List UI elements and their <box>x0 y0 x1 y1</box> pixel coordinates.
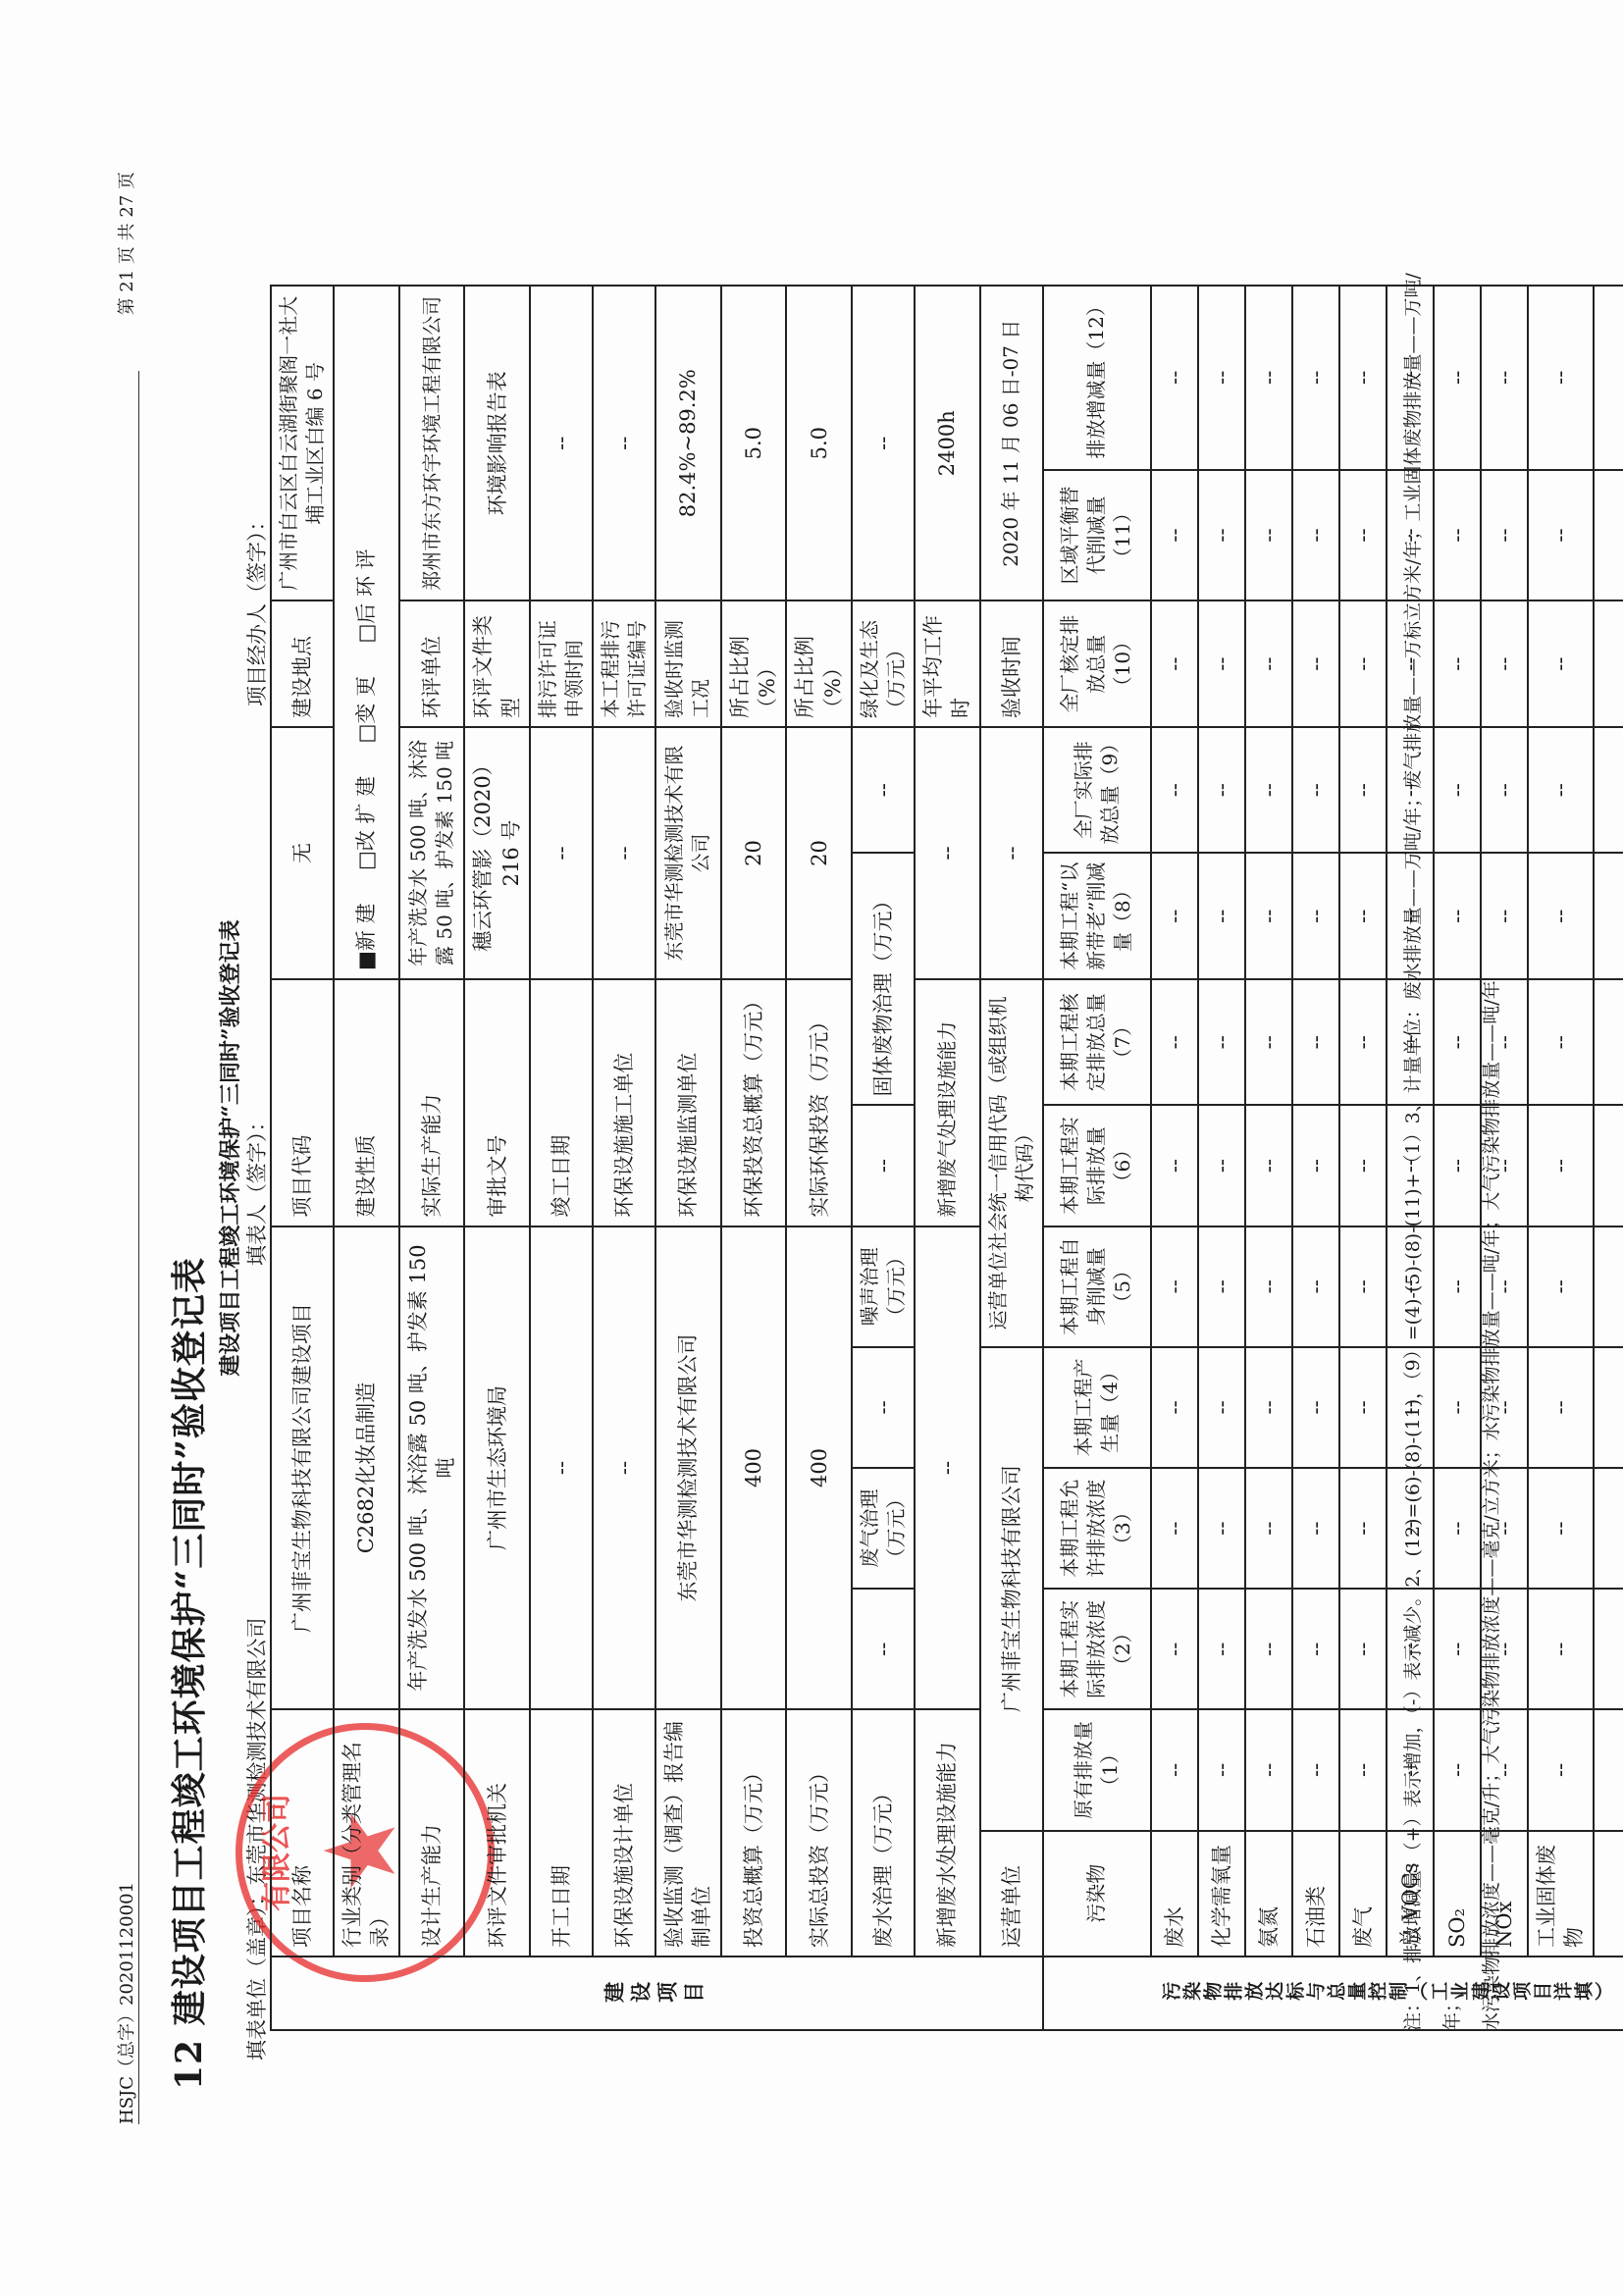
pollutant-value: -- <box>1292 286 1339 470</box>
value-design-capacity: 年产洗发水 500 吨、沐浴露 50 吨、护发素 150 吨 <box>399 1226 465 1710</box>
other-pollutant-cell <box>1594 1589 1623 1709</box>
pollutant-value: -- <box>1292 979 1339 1106</box>
filler-unit: 填表单位（盖章）：东莞市华测检测技术有限公司 <box>241 1618 271 2061</box>
value-actual-ratio: 5.0 <box>786 286 852 600</box>
value-location: 广州市白云区白云湖街聚阁一社大埔工业区白编 6 号 <box>271 286 334 600</box>
value-budget-env: 20 <box>721 727 787 979</box>
pollutant-value: -- <box>1151 1347 1198 1468</box>
pollutant-name: 废水 <box>1151 1831 1198 1957</box>
label-actual-total: 实际总投资（万元） <box>786 1709 852 1957</box>
label-report-unit: 验收监测（调查）报告编制单位 <box>655 1709 721 1957</box>
value-project-name: 广州菲宝生物科技有限公司建设项目 <box>271 1226 334 1710</box>
pollutant-value: -- <box>1151 1468 1198 1589</box>
pollutant-value: -- <box>1339 470 1387 601</box>
pollutant-name: 化学需氧量 <box>1198 1831 1245 1957</box>
label-noise: 噪声治理（万元） <box>852 1226 915 1347</box>
label-budget-total: 投资总概算（万元） <box>721 1709 787 1957</box>
section-pollutant: 污染物排放达标与总量控制（工业建设项目详填） <box>1043 1957 1623 2030</box>
pollutant-header-7: 本期工程核定排放总量（7） <box>1043 979 1151 1106</box>
pollutant-value: -- <box>1245 1589 1292 1709</box>
pollutant-value: -- <box>1528 286 1594 470</box>
pollutant-value: -- <box>1198 1105 1245 1226</box>
label-design-capacity: 设计生产能力 <box>399 1709 465 1957</box>
label-work-hours: 年平均工作时 <box>915 600 980 727</box>
pollutant-value: -- <box>1245 1226 1292 1347</box>
section-project: 建设项目 <box>271 1957 1043 2030</box>
value-wastewater: -- <box>852 1589 915 1709</box>
checkbox-new-build[interactable]: ■新 建 <box>354 903 378 970</box>
other-pollutant-cell <box>1594 1709 1623 1830</box>
pollutant-value: -- <box>1292 1709 1339 1830</box>
pollutant-row: 化学需氧量------------------------ <box>1198 286 1245 2030</box>
pollutant-value: -- <box>1198 600 1245 727</box>
pollutant-value: -- <box>1339 727 1387 854</box>
pollutant-row: 废水------------------------ <box>1151 286 1198 2030</box>
value-new-ww: -- <box>915 1226 980 1710</box>
document-code: HSJC（总字）20201120001 <box>113 371 139 2124</box>
other-pollutant-cell <box>1594 470 1623 601</box>
pollutant-value: -- <box>1151 1226 1198 1347</box>
value-green: -- <box>852 286 915 600</box>
pollutant-header-5: 本期工程自身削减量（5） <box>1043 1226 1151 1347</box>
pollutant-header-10: 全厂核定排放总量（10） <box>1043 600 1151 727</box>
pollutant-value: -- <box>1339 600 1387 727</box>
other-pollutant-cell <box>1594 1347 1623 1468</box>
pollutant-row: 石油类------------------------ <box>1292 286 1339 2030</box>
label-green: 绿化及生态（万元） <box>852 600 915 727</box>
pollutant-table: 污染物排放达标与总量控制（工业建设项目详填）污染物原有排放量（1）本期工程实际排… <box>1043 286 1623 2030</box>
value-solid: -- <box>852 727 915 854</box>
pollutant-value: -- <box>1339 1468 1387 1589</box>
table-subtitle: 建设项目工程竣工环境保护“三同时”验收登记表 <box>214 0 244 2296</box>
value-start-date: -- <box>530 1226 593 1710</box>
other-pollutant-cell <box>1594 1105 1623 1226</box>
note-line-2: 水污染物排放浓度——毫克/升；大气污染物排放浓度——毫克/立方米；水污染物排放量… <box>1472 265 1511 2031</box>
pollutant-header-12: 排放增减量（12） <box>1043 286 1151 470</box>
label-accept-time: 验收时间 <box>980 600 1043 727</box>
pollutant-header-2: 本期工程实际排放浓度（2） <box>1043 1589 1151 1709</box>
pollutant-value: -- <box>1292 1226 1339 1347</box>
label-nature: 建设性质 <box>334 979 399 1226</box>
value-approval-no: 穗云环管影（2020）216 号 <box>464 727 530 979</box>
label-monitor-unit: 环保设施监测单位 <box>655 979 721 1226</box>
value-actual-capacity: 年产洗发水 500 吨、沐浴露 50 吨、护发素 150 吨 <box>399 727 465 979</box>
pollutant-value: -- <box>1245 853 1292 979</box>
label-operator: 运营单位 <box>980 1831 1043 1957</box>
pollutant-value: -- <box>1198 853 1245 979</box>
value-industry: C2682化妆品制造 <box>334 1226 399 1710</box>
pollutant-value: -- <box>1245 470 1292 601</box>
value-budget-total: 400 <box>721 1226 787 1710</box>
notes: 注：1、排放增减量：（+）表示增加，（-）表示减少。2、(12)=(6)-(8)… <box>1393 265 1511 2031</box>
value-eia-type: 环境影响报告表 <box>464 286 530 600</box>
pollutant-value: -- <box>1292 1589 1339 1709</box>
label-wastewater: 废水治理（万元） <box>852 1709 915 1957</box>
pollutant-value: -- <box>1339 1347 1387 1468</box>
pollutant-row: 氨氮------------------------ <box>1245 286 1292 2030</box>
pollutant-value: -- <box>1528 727 1594 854</box>
pollutant-value: -- <box>1528 1347 1594 1468</box>
label-budget-ratio: 所占比例（%） <box>721 600 787 727</box>
pollutant-row: 废气------------------------ <box>1339 286 1387 2030</box>
pollutant-value: -- <box>1339 979 1387 1106</box>
label-monitor-condition: 验收时监测工况 <box>655 600 721 727</box>
filler-person: 填表人（签字）： <box>241 1112 271 1267</box>
pollutant-value: -- <box>1339 1709 1387 1830</box>
pollutant-value: -- <box>1245 286 1292 470</box>
label-solid: 固体废物治理（万元） <box>852 853 915 1105</box>
value-monitor-condition: 82.4%~89.2% <box>655 286 721 600</box>
pollutant-value: -- <box>1198 727 1245 854</box>
checkbox-change[interactable]: □变 更 <box>354 676 378 744</box>
pollutant-value: -- <box>1528 600 1594 727</box>
pollutant-value: -- <box>1198 1709 1245 1830</box>
pollutant-value: -- <box>1292 1105 1339 1226</box>
pollutant-value: -- <box>1339 1105 1387 1226</box>
other-pollutant-cell <box>1594 853 1623 979</box>
note-line-1: 注：1、排放增减量：（+）表示增加，（-）表示减少。2、(12)=(6)-(8)… <box>1393 265 1472 2031</box>
pollutant-value: -- <box>1151 470 1198 601</box>
pollutant-value: -- <box>1151 600 1198 727</box>
label-permit-no: 本工程排污许可证编号 <box>593 600 655 727</box>
pollutant-header-row: 污染物排放达标与总量控制（工业建设项目详填）污染物原有排放量（1）本期工程实际排… <box>1043 286 1151 2030</box>
pollutant-value: -- <box>1292 600 1339 727</box>
document-page: HSJC（总字）20201120001 第 21 页 共 27 页 12 建设项… <box>0 0 1623 2296</box>
label-eia-type: 环评文件类型 <box>464 600 530 727</box>
pollutant-value: -- <box>1245 1709 1292 1830</box>
handler-person: 项目经办人（签字）： <box>241 511 271 707</box>
pollutant-header-3: 本期工程允许排放浓度（3） <box>1043 1468 1151 1589</box>
value-construct-unit: -- <box>593 727 655 979</box>
other-pollutant-cell <box>1594 727 1623 854</box>
pollutant-row: 工业固体废物------------------------ <box>1528 286 1594 2030</box>
pollutant-header-1: 原有排放量（1） <box>1043 1709 1151 1830</box>
value-monitor-unit: 东莞市华测检测技术有限公司 <box>655 727 721 979</box>
pollutant-value: -- <box>1292 727 1339 854</box>
label-permit-time: 排污许可证申领时间 <box>530 600 593 727</box>
pollutant-value: -- <box>1151 1589 1198 1709</box>
label-new-ww: 新增废水处理设施能力 <box>915 1709 980 1957</box>
pollutant-header-8: 本期工程“以新带老”削减量（8） <box>1043 853 1151 979</box>
value-actual-env: 20 <box>786 727 852 979</box>
pollutant-value: -- <box>1339 286 1387 470</box>
label-complete-date: 竣工日期 <box>530 979 593 1226</box>
pollutant-value: -- <box>1151 286 1198 470</box>
label-approval-no: 审批文号 <box>464 979 530 1226</box>
pollutant-value: -- <box>1198 470 1245 601</box>
pollutant-value: -- <box>1151 853 1198 979</box>
page-title: 12 建设项目工程竣工环境保护“三同时”验收登记表 <box>162 1257 212 2090</box>
pollutant-header-4: 本期工程产生量（4） <box>1043 1347 1151 1468</box>
label-budget-env: 环保投资总概算（万元） <box>721 979 787 1226</box>
pollutant-header-6: 本期工程实际排放量（6） <box>1043 1105 1151 1226</box>
label-credit-code: 运营单位社会统一信用代码（或组织机构代码） <box>980 979 1043 1347</box>
value-new-gas: -- <box>915 727 980 979</box>
value-credit-code: -- <box>980 727 1043 979</box>
pollutant-header-0: 污染物 <box>1043 1831 1151 1957</box>
value-work-hours: 2400h <box>915 286 980 600</box>
label-eia-unit: 环评单位 <box>399 600 465 727</box>
pollutant-value: -- <box>1528 470 1594 601</box>
label-wastegas: 废气治理（万元） <box>852 1468 915 1589</box>
value-complete-date: -- <box>530 727 593 979</box>
pollutant-value: -- <box>1198 1468 1245 1589</box>
other-pollutant-cell <box>1594 1468 1623 1589</box>
value-accept-time: 2020 年 11 月 06 日-07 日 <box>980 286 1043 600</box>
pollutant-value: -- <box>1528 1709 1594 1830</box>
label-industry: 行业类别（分类管理名录） <box>334 1709 399 1957</box>
pollutant-value: -- <box>1528 853 1594 979</box>
pollutant-value: -- <box>1245 1105 1292 1226</box>
pollutant-value: -- <box>1339 853 1387 979</box>
label-start-date: 开工日期 <box>530 1709 593 1957</box>
label-location: 建设地点 <box>271 600 334 727</box>
pollutant-value: -- <box>1198 1589 1245 1709</box>
pollutant-value: -- <box>1151 979 1198 1106</box>
other-pollutant-label: 与项目有关的其它特征污染物 <box>1594 1831 1623 1957</box>
pollutant-name: 工业固体废物 <box>1528 1831 1594 1957</box>
other-pollutant-cell <box>1594 979 1623 1106</box>
pollutant-value: -- <box>1151 1709 1198 1830</box>
label-new-gas: 新增废气处理设施能力 <box>915 979 980 1226</box>
value-wastegas: -- <box>852 1347 915 1468</box>
value-actual-total: 400 <box>786 1226 852 1710</box>
other-pollutant-cell <box>1594 600 1623 727</box>
value-budget-ratio: 5.0 <box>721 286 787 600</box>
pollutant-header-11: 区域平衡替代削减量（11） <box>1043 470 1151 601</box>
pollutant-value: -- <box>1339 1226 1387 1347</box>
pollutant-name: 废气 <box>1339 1831 1387 1957</box>
pollutant-value: -- <box>1151 1105 1198 1226</box>
other-pollutant-row: 与项目有关的其它特征污染物 <box>1594 286 1623 2030</box>
pollutant-value: -- <box>1245 727 1292 854</box>
page-number: 第 21 页 共 27 页 <box>113 172 138 315</box>
value-permit-no: -- <box>593 286 655 600</box>
pollutant-value: -- <box>1292 1347 1339 1468</box>
label-eia-approver: 环评文件审批机关 <box>464 1709 530 1957</box>
pollutant-value: -- <box>1339 1589 1387 1709</box>
filler-unit-label: 填表单位（盖章）： <box>245 1886 269 2061</box>
value-operator: 广州菲宝生物科技有限公司 <box>980 1347 1043 1831</box>
pollutant-value: -- <box>1292 470 1339 601</box>
checkbox-post-eia[interactable]: □后 环 评 <box>354 548 378 643</box>
value-report-unit: 东莞市华测检测技术有限公司 <box>655 1226 721 1710</box>
pollutant-value: -- <box>1528 1226 1594 1347</box>
pollutant-value: -- <box>1245 979 1292 1106</box>
pollutant-value: -- <box>1528 1589 1594 1709</box>
pollutant-value: -- <box>1292 853 1339 979</box>
pollutant-name: 氨氮 <box>1245 1831 1292 1957</box>
pollutant-value: -- <box>1245 600 1292 727</box>
pollutant-value: -- <box>1198 1347 1245 1468</box>
label-actual-env: 实际环保投资（万元） <box>786 979 852 1226</box>
filler-unit-value: 东莞市华测检测技术有限公司 <box>245 1618 269 1886</box>
checkbox-expand[interactable]: □改 扩 建 <box>354 776 378 870</box>
pollutant-value: -- <box>1528 979 1594 1106</box>
label-construct-unit: 环保设施施工单位 <box>593 979 655 1226</box>
value-eia-unit: 郑州市东方环宇环境工程有限公司 <box>399 286 465 600</box>
pollutant-header-9: 全厂实际排放总量（9） <box>1043 727 1151 854</box>
pollutant-value: -- <box>1198 979 1245 1106</box>
pollutant-value: -- <box>1245 1347 1292 1468</box>
value-noise: -- <box>852 1105 915 1226</box>
value-design-unit: -- <box>593 1226 655 1710</box>
value-project-code: 无 <box>271 727 334 979</box>
pollutant-value: -- <box>1528 1468 1594 1589</box>
pollutant-name: 石油类 <box>1292 1831 1339 1957</box>
pollutant-value: -- <box>1151 727 1198 854</box>
other-pollutant-cell <box>1594 1226 1623 1347</box>
pollutant-value: -- <box>1528 1105 1594 1226</box>
pollutant-value: -- <box>1198 1226 1245 1347</box>
label-project-name: 项目名称 <box>271 1709 334 1957</box>
nature-options: ■新 建 □改 扩 建 □变 更 □后 环 评 <box>334 286 399 979</box>
label-actual-ratio: 所占比例（%） <box>786 600 852 727</box>
value-eia-approver: 广州市生态环境局 <box>464 1226 530 1710</box>
pollutant-value: -- <box>1245 1468 1292 1589</box>
label-project-code: 项目代码 <box>271 979 334 1226</box>
other-pollutant-cell <box>1594 286 1623 470</box>
pollutant-value: -- <box>1198 286 1245 470</box>
pollutant-value: -- <box>1292 1468 1339 1589</box>
label-design-unit: 环保设施设计单位 <box>593 1709 655 1957</box>
label-actual-capacity: 实际生产能力 <box>399 979 465 1226</box>
value-permit-time: -- <box>530 286 593 600</box>
